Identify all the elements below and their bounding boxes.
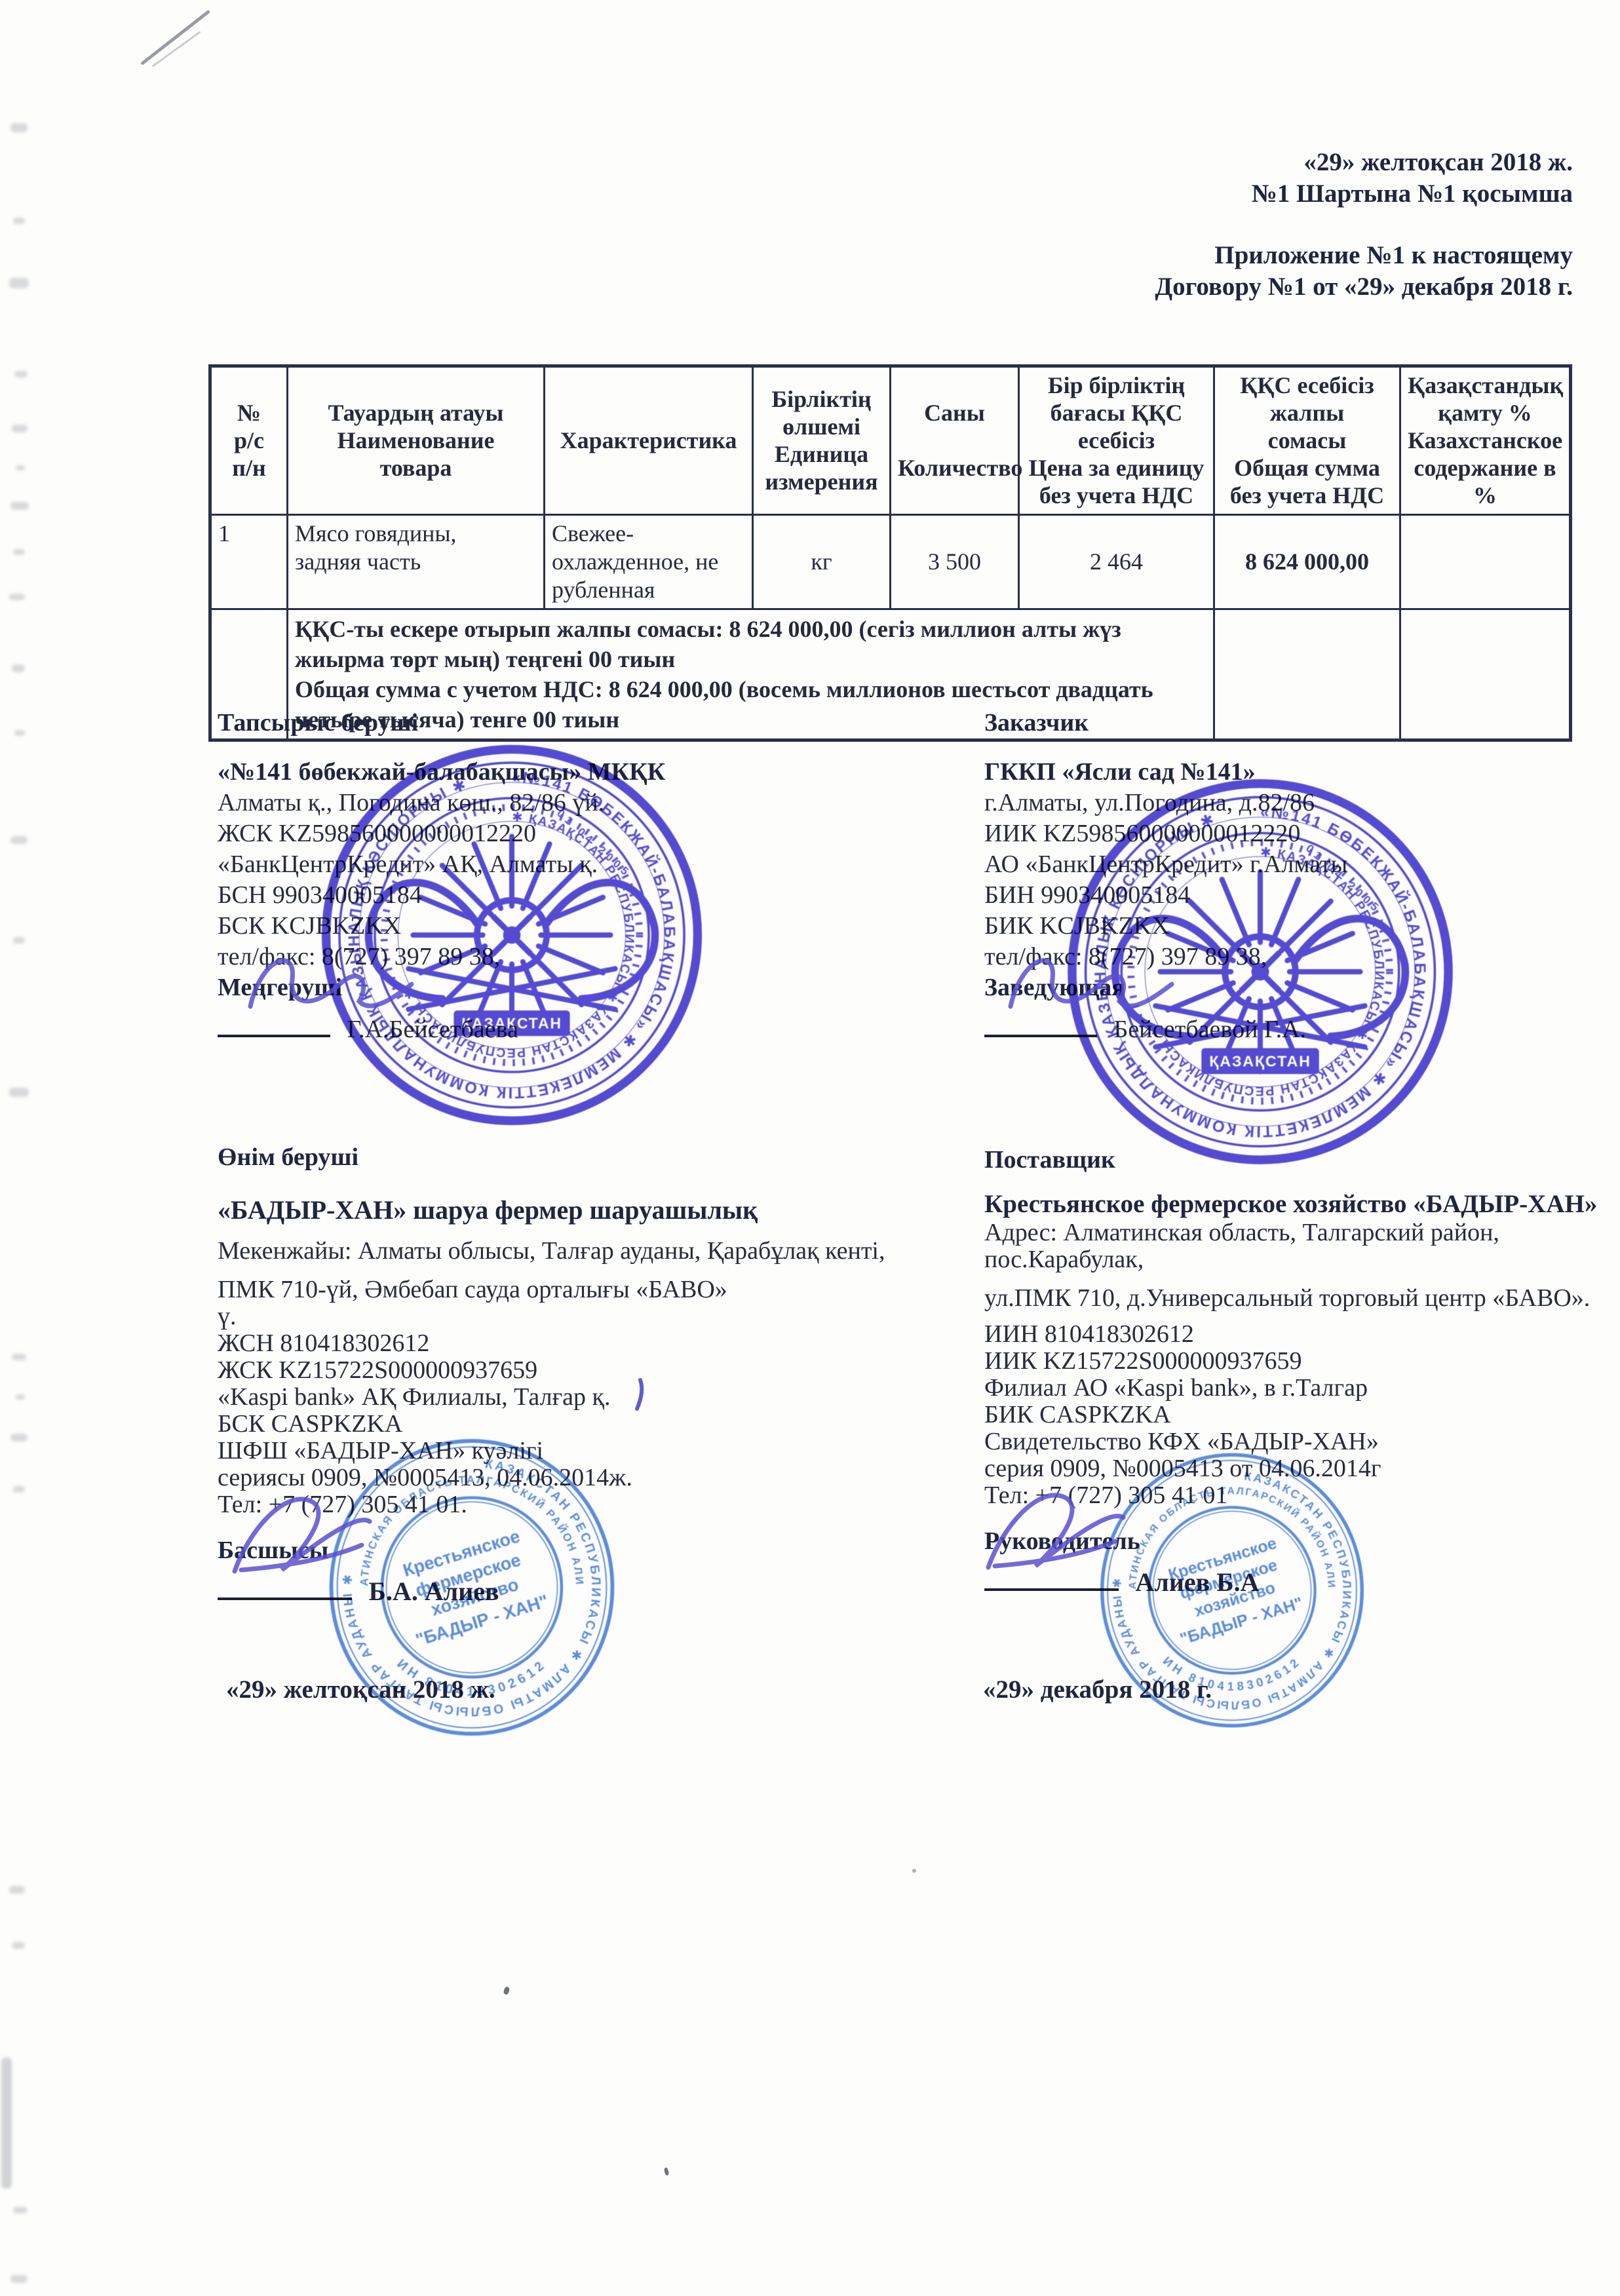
supplier-ru-address-2: пос.Карабулак,: [984, 1246, 1620, 1273]
supplier-kz-iin: ЖСН 810418302612: [218, 1330, 997, 1357]
supplier-kz-title: Өнім беруші: [218, 1144, 997, 1171]
farm-stamp-center-text: Крестьянское фермерское хозяйство "БАДЫР…: [1159, 1532, 1305, 1649]
svg-text:ҚАЗАҚСТАН: ҚАЗАҚСТАН: [1209, 1052, 1311, 1069]
supplier-kz-account: ЖСК KZ15722S000000937659: [218, 1357, 997, 1384]
table-row: 1 Мясо говядины, задняя часть Свежее- ох…: [210, 514, 1571, 609]
col-header-unit-price: Бір бірліктің бағасы ҚҚС есебісіз Цена з…: [1019, 366, 1214, 515]
header-contract-ru: Договору №1 от «29» декабря 2018 г.: [931, 271, 1573, 303]
supplier-ru-address-3: ул.ПМК 710, д.Универсальный торговый цен…: [984, 1285, 1620, 1312]
supplier-kz-address-1: Мекенжайы: Алматы облысы, Талғар ауданы,…: [218, 1238, 997, 1265]
cell-total: 8 624 000,00: [1214, 514, 1400, 609]
state-emblem-stamp-right: «№141 БӨБЕКЖАЙ-БАЛАБАҚШАСЫ» ✱ МЕМЛЕКЕТТІ…: [1031, 766, 1490, 1177]
supplier-ru-name: Крестьянское фермерское хозяйство «БАДЫР…: [984, 1189, 1620, 1219]
col-header-kz-content: Қазақстандық қамту % Казахстанское содер…: [1400, 366, 1571, 515]
supplier-ru-bik: БИК CASPKZKA: [984, 1402, 1620, 1428]
header-annex-kz: №1 Шартына №1 қосымша: [931, 178, 1573, 210]
cell-qty: 3 500: [891, 514, 1019, 609]
supplier-kz-address-3: ү.: [218, 1303, 997, 1330]
scanned-contract-annex-page: «29» желтоқсан 2018 ж. №1 Шартына №1 қос…: [0, 0, 1620, 2296]
farm-stamp-right: КАЗАКСТАН РЕСПУБЛИКАСЫ ✱ АЛМАТЫ ОБЛЫСЫ Т…: [1034, 1449, 1430, 1731]
supplier-kz-bank: «Kaspi bank» АҚ Филиалы, Талғар қ.: [218, 1384, 997, 1411]
col-header-unit: Бірліктің өлшемі Единица измерения: [753, 366, 891, 515]
col-header-qty: Саны Количество: [891, 366, 1019, 515]
table-header-row: № р/с п/н Тауардың атауы Наименование то…: [210, 366, 1571, 515]
supplier-ru-address-1: Адрес: Алматинская область, Талгарский р…: [984, 1219, 1620, 1246]
document-header: «29» желтоқсан 2018 ж. №1 Шартына №1 қос…: [931, 147, 1573, 303]
supplier-kz-name: «БАДЫР-ХАН» шаруа фермер шаруашылық: [218, 1195, 997, 1226]
farm-stamp-center-text: Крестьянское фермерское хозяйство "БАДЫР…: [393, 1523, 550, 1651]
cell-kz-content: [1400, 514, 1571, 609]
cell-spec: Свежее- охлажденное, не рубленная: [545, 514, 753, 609]
col-header-name: Тауардың атауы Наименование товара: [288, 366, 545, 515]
supplier-ru-iin: ИИН 810418302612: [984, 1321, 1620, 1348]
customer-ru-title: Заказчик: [984, 708, 1620, 738]
cell-name: Мясо говядины, задняя часть: [288, 514, 545, 609]
total-sum-kz: ҚҚС-ты ескере отырып жалпы сомасы: 8 624…: [295, 614, 1206, 674]
state-emblem-stamp-left: «№141 БӨБЕКЖАЙ-БАЛАБАҚШАСЫ» ✱ МЕМЛЕКЕТТІ…: [280, 732, 744, 1138]
supplier-ru-bank: Филиал АО «Kaspi bank», в г.Талгар: [984, 1375, 1620, 1402]
col-header-spec: Характеристика: [545, 366, 753, 515]
pencil-mark: [140, 10, 210, 66]
header-date-kz: «29» желтоқсан 2018 ж.: [931, 147, 1573, 178]
supplier-kz-address-2: ПМК 710-үй, Әмбебап сауда орталығы «БАВО…: [218, 1276, 997, 1303]
goods-table: № р/с п/н Тауардың атауы Наименование то…: [208, 364, 1572, 742]
emblem-banner: ҚАЗАҚСТАН: [453, 1010, 569, 1036]
header-annex-ru: Приложение №1 к настоящему: [931, 240, 1573, 271]
cell-unit-price: 2 464: [1019, 514, 1214, 609]
cell-unit: кг: [753, 514, 891, 609]
supplier-kz-bik: БСК CASPKZKA: [218, 1411, 997, 1438]
emblem-banner: ҚАЗАҚСТАН: [1201, 1048, 1319, 1074]
supplier-ru-account: ИИК KZ15722S000000937659: [984, 1348, 1620, 1375]
svg-text:ҚАЗАҚСТАН: ҚАЗАҚСТАН: [461, 1015, 562, 1032]
col-header-num: № р/с п/н: [210, 366, 288, 515]
farm-stamp-left: КАЗАКСТАН РЕСПУБЛИКАСЫ ✱ АЛМАТЫ ОБЛЫСЫ Т…: [272, 1435, 672, 1740]
col-header-total: ҚҚС есебісіз жалпы сомасы Общая сумма бе…: [1214, 366, 1400, 515]
cell-num: 1: [210, 514, 288, 609]
